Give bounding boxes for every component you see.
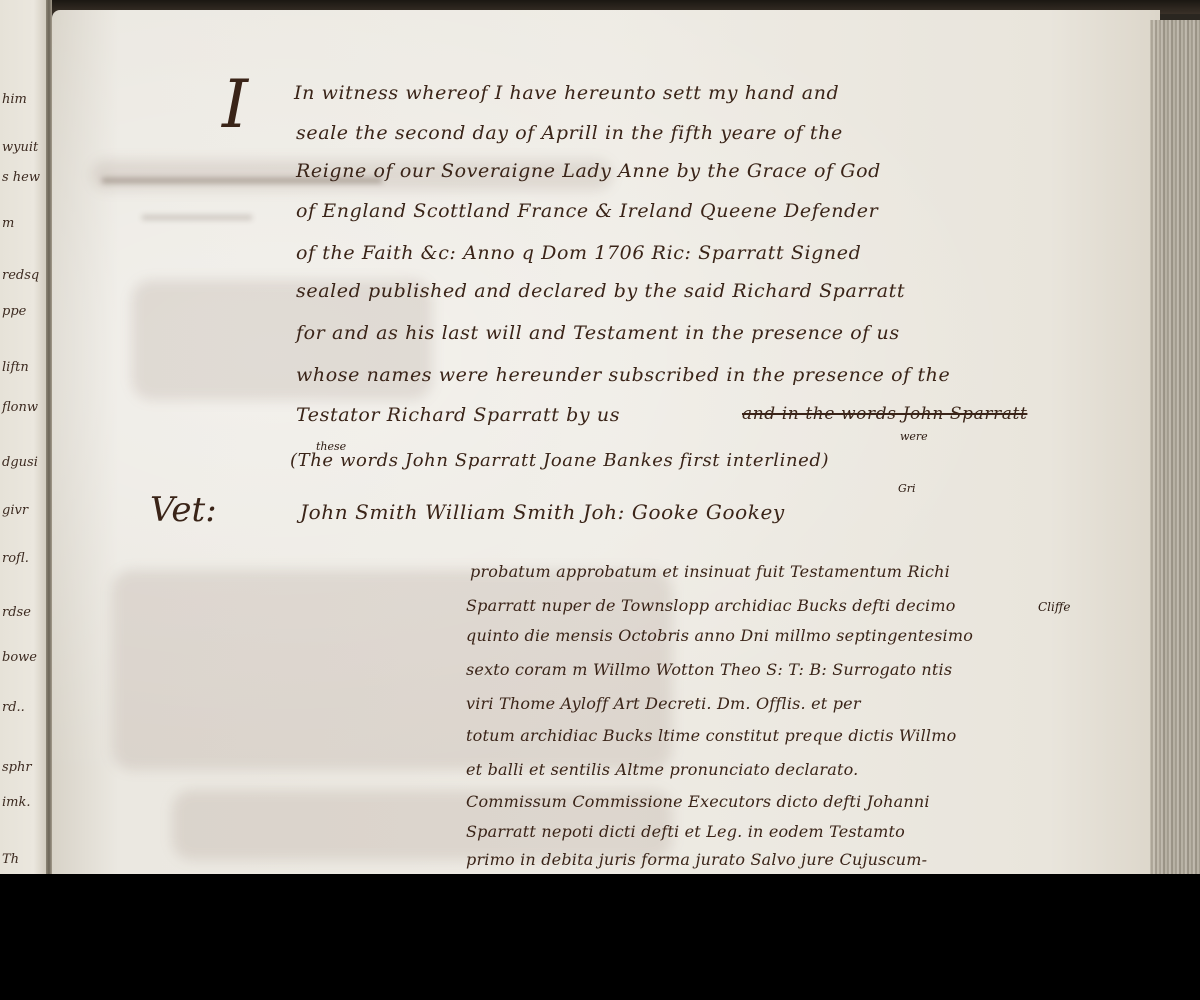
probate-line-6: totum archidiac Bucks ltime constitut pr…: [466, 726, 956, 745]
left-page-fragment: s hew: [2, 170, 40, 185]
will-line-7: for and as his last will and Testament i…: [296, 322, 900, 344]
probate-line-7: et balli et sentilis Altme pronunciato d…: [466, 760, 858, 779]
will-line-3: Reigne of our Soveraigne Lady Anne by th…: [296, 160, 881, 182]
will-line-9: Testator Richard Sparratt by us: [296, 404, 620, 426]
interlineation-were: were: [900, 430, 928, 443]
left-page-fragment: ppe: [2, 304, 26, 319]
probate-line-4: sexto coram m Willmo Wotton Theo S: T: B…: [466, 660, 952, 679]
interlineation-cliffe: Cliffe: [1038, 600, 1070, 614]
will-line-4: of England Scottland France & Ireland Qu…: [296, 200, 878, 222]
left-page-fragment: flonw: [2, 400, 38, 415]
left-page-fragment: m: [2, 216, 14, 231]
probate-line-3: quinto die mensis Octobris anno Dni mill…: [466, 626, 973, 645]
probate-line-8: Commissum Commissione Executors dicto de…: [466, 792, 930, 811]
letterbox-bar: [0, 874, 1200, 1000]
will-line-1: In witness whereof I have hereunto sett …: [294, 82, 839, 104]
left-page-fragment: sphr: [2, 760, 32, 775]
will-line-10-interlineation-note: (The words John Sparratt Joane Bankes fi…: [290, 450, 829, 471]
will-line-2: seale the second day of Aprill in the fi…: [296, 122, 843, 144]
probate-line-9: Sparratt nepoti dicti defti et Leg. in e…: [466, 822, 905, 841]
manuscript-photo: him wyuit s hew m redsq ppe liftn flonw …: [0, 0, 1200, 874]
probate-line-5: viri Thome Ayloff Art Decreti. Dm. Offli…: [466, 694, 861, 713]
interlineation-gri: Gri: [898, 482, 916, 495]
left-page-fragment: wyuit: [2, 140, 38, 155]
struck-through-text: and in the words John Sparratt: [742, 404, 1027, 424]
left-page-fragment: bowe: [2, 650, 37, 665]
left-page-fragment: liftn: [2, 360, 29, 375]
margin-note-vet: Vet:: [150, 490, 217, 530]
witness-signatures: John Smith William Smith Joh: Gooke Gook…: [300, 500, 785, 524]
ink-smudge: [142, 215, 252, 220]
left-page-fragment: rd..: [2, 700, 25, 715]
will-line-5: of the Faith &c: Anno q Dom 1706 Ric: Sp…: [296, 242, 861, 264]
probate-line-2: Sparratt nuper de Townslopp archidiac Bu…: [466, 596, 956, 615]
will-line-6: sealed published and declared by the sai…: [296, 280, 905, 302]
page-edges: [1150, 20, 1200, 874]
left-page-fragment: him: [2, 92, 27, 107]
probate-line-10: primo in debita juris forma jurato Salvo…: [466, 850, 927, 869]
probate-line-1: probatum approbatum et insinuat fuit Tes…: [470, 562, 950, 581]
initial-capital-I: I: [222, 66, 248, 143]
left-page-fragment: rofl.: [2, 551, 29, 566]
left-page-fragment: dgusi: [2, 455, 38, 470]
left-page-fragment: givr: [2, 503, 28, 518]
left-page-fragment: rdse: [2, 605, 31, 620]
left-page-fragment: Th: [2, 852, 19, 867]
left-page: him wyuit s hew m redsq ppe liftn flonw …: [0, 0, 48, 874]
left-page-fragment: redsq: [2, 268, 39, 283]
will-line-8: whose names were hereunder subscribed in…: [296, 364, 950, 386]
left-page-fragment: imk.: [2, 795, 31, 810]
